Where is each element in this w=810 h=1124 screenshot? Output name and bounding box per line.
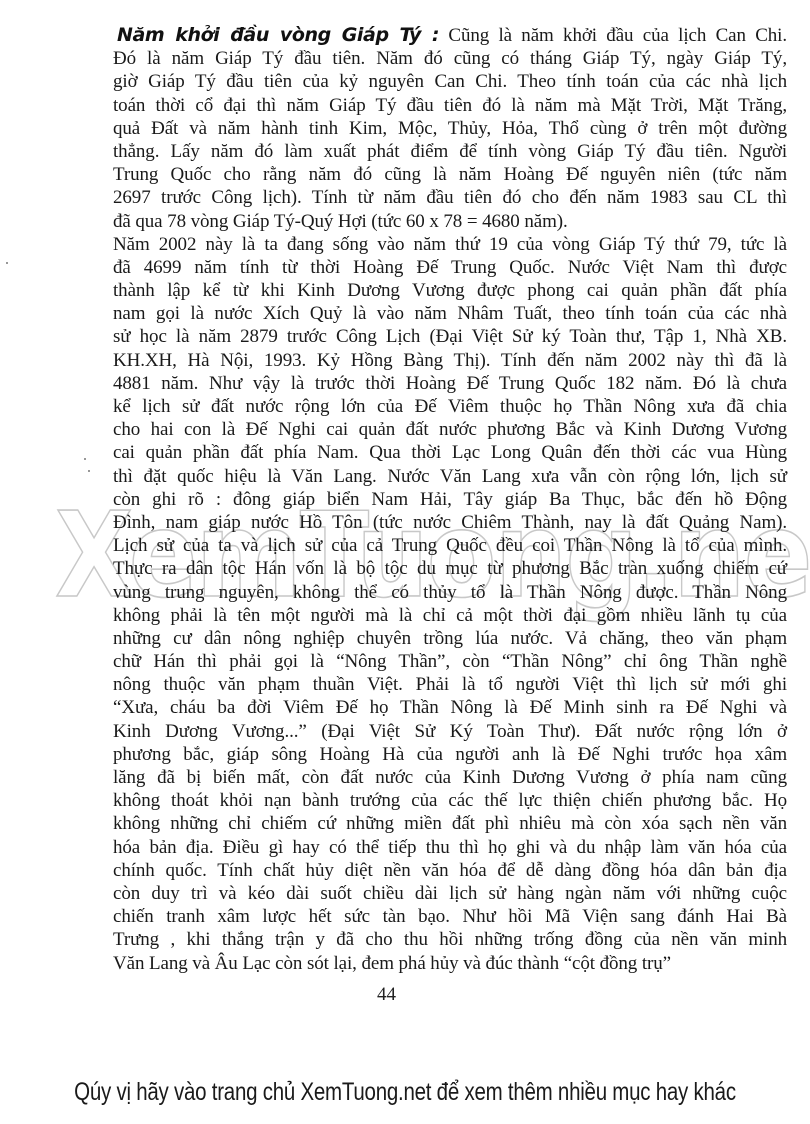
text-line: Văn Lang và Âu Lạc còn sót lại, đem phá …: [113, 952, 787, 975]
text-line: Trưng , khi thắng trận y đã cho thu hồi …: [113, 928, 787, 951]
text-line: hóa bản địa. Điều gì hay có thể tiếp thu…: [113, 836, 787, 859]
text-line: KH.XH, Hà Nội, 1993. Kỷ Hồng Bàng Thị). …: [113, 349, 787, 372]
text-line: quả Đất và năm hành tinh Kim, Mộc, Thủy,…: [113, 117, 787, 140]
text-line: còn duy trì và kéo dài suốt chiều dài lị…: [113, 882, 787, 905]
text-line: Năm khởi đầu vòng Giáp Tý : Cũng là năm …: [113, 24, 787, 47]
text-line: Năm 2002 này là ta đang sống vào năm thứ…: [113, 233, 787, 256]
text-line: toán thời cổ đại thì năm Giáp Tý đầu tiê…: [113, 94, 787, 117]
text-line: cai quản phần đất phía Nam. Qua thời Lạc…: [113, 441, 787, 464]
text-line: không thoát khỏi nạn bành trướng của các…: [113, 789, 787, 812]
text-line: đã qua 78 vòng Giáp Tý-Quý Hợi (tức 60 x…: [113, 210, 787, 233]
text-line: Đình, nam giáp nước Hồ Tôn (tức nước Chi…: [113, 511, 787, 534]
text-line: chính quốc. Tính chất hủy diệt nền văn h…: [113, 859, 787, 882]
text-line: thẳng. Lấy năm đó làm xuất phát điểm để …: [113, 140, 787, 163]
text-line: 2697 trước Công lịch). Tính từ năm đầu t…: [113, 186, 787, 209]
text-line: “Xưa, cháu ba đời Viêm Đế họ Thần Nông l…: [113, 696, 787, 719]
text-line: 4881 năm. Như vậy là trước thời Hoàng Đế…: [113, 372, 787, 395]
scanned-page: XemTuong.net Năm khởi đầu vòng Giáp Tý :…: [0, 0, 810, 1124]
text-line: kể lịch sử đất nước rộng lớn của Đế Viêm…: [113, 395, 787, 418]
scan-speck: [6, 262, 8, 264]
text-line: không phải là tên một người mà là chỉ cả…: [113, 604, 787, 627]
site-footer-banner: Qúy vị hãy vào trang chủ XemTuong.net để…: [73, 1078, 737, 1107]
text-line: vùng trung nguyên, không thể có thủy tổ …: [113, 581, 787, 604]
page-number: 44: [377, 984, 396, 1006]
text-line: Kinh Dương Vương...” (Đại Việt Sử Ký Toà…: [113, 720, 787, 743]
scan-speck: [84, 458, 86, 460]
text-line: cho hai con là Đế Nghi cai quản đất nước…: [113, 418, 787, 441]
text-line: thành lập kể từ khi Kinh Dương Vương đượ…: [113, 279, 787, 302]
text-line: thì đặt quốc hiệu là Văn Lang. Nước Văn …: [113, 465, 787, 488]
text-line: nam gọi là nước Xích Quỷ là vào năm Nhâm…: [113, 302, 787, 325]
text-line: sử học là năm 2879 trước Công Lịch (Đại …: [113, 325, 787, 348]
text-line: phương bắc, giáp sông Hoàng Hà của người…: [113, 743, 787, 766]
text-line: giờ Giáp Tý đầu tiên của kỷ nguyên Can C…: [113, 70, 787, 93]
text-line: chiến tranh xâm lược hết sức tàn bạo. Nh…: [113, 905, 787, 928]
text-line: đã 4699 năm tính từ thời Hoàng Đế Trung …: [113, 256, 787, 279]
text-line: những cư dân nông nghiệp chuyên trồng lú…: [113, 627, 787, 650]
body-text: Năm khởi đầu vòng Giáp Tý : Cũng là năm …: [113, 24, 787, 975]
text-line: Trung Quốc cho rằng năm đó cũng là năm H…: [113, 163, 787, 186]
text-line: Thực ra dân tộc Hán vốn là bộ tộc du mục…: [113, 557, 787, 580]
section-heading: Năm khởi đầu vòng Giáp Tý :: [117, 24, 439, 46]
text-line: lăng đã bị biến mất, còn đất nước của Ki…: [113, 766, 787, 789]
text-line: Đó là năm Giáp Tý đầu tiên. Năm đó cũng …: [113, 47, 787, 70]
text-line: còn ghi rõ : đông giáp biển Nam Hải, Tây…: [113, 488, 787, 511]
text-line: chữ Hán thì phải gọi là “Nông Thần”, còn…: [113, 650, 787, 673]
text-line: nông thuộc văn phạm thuần Việt. Phải là …: [113, 673, 787, 696]
text-line: không những chỉ chiếm cứ những miền đất …: [113, 812, 787, 835]
text-line: Lịch sử của ta và lịch sử của cả Trung Q…: [113, 534, 787, 557]
scan-speck: [88, 470, 90, 472]
